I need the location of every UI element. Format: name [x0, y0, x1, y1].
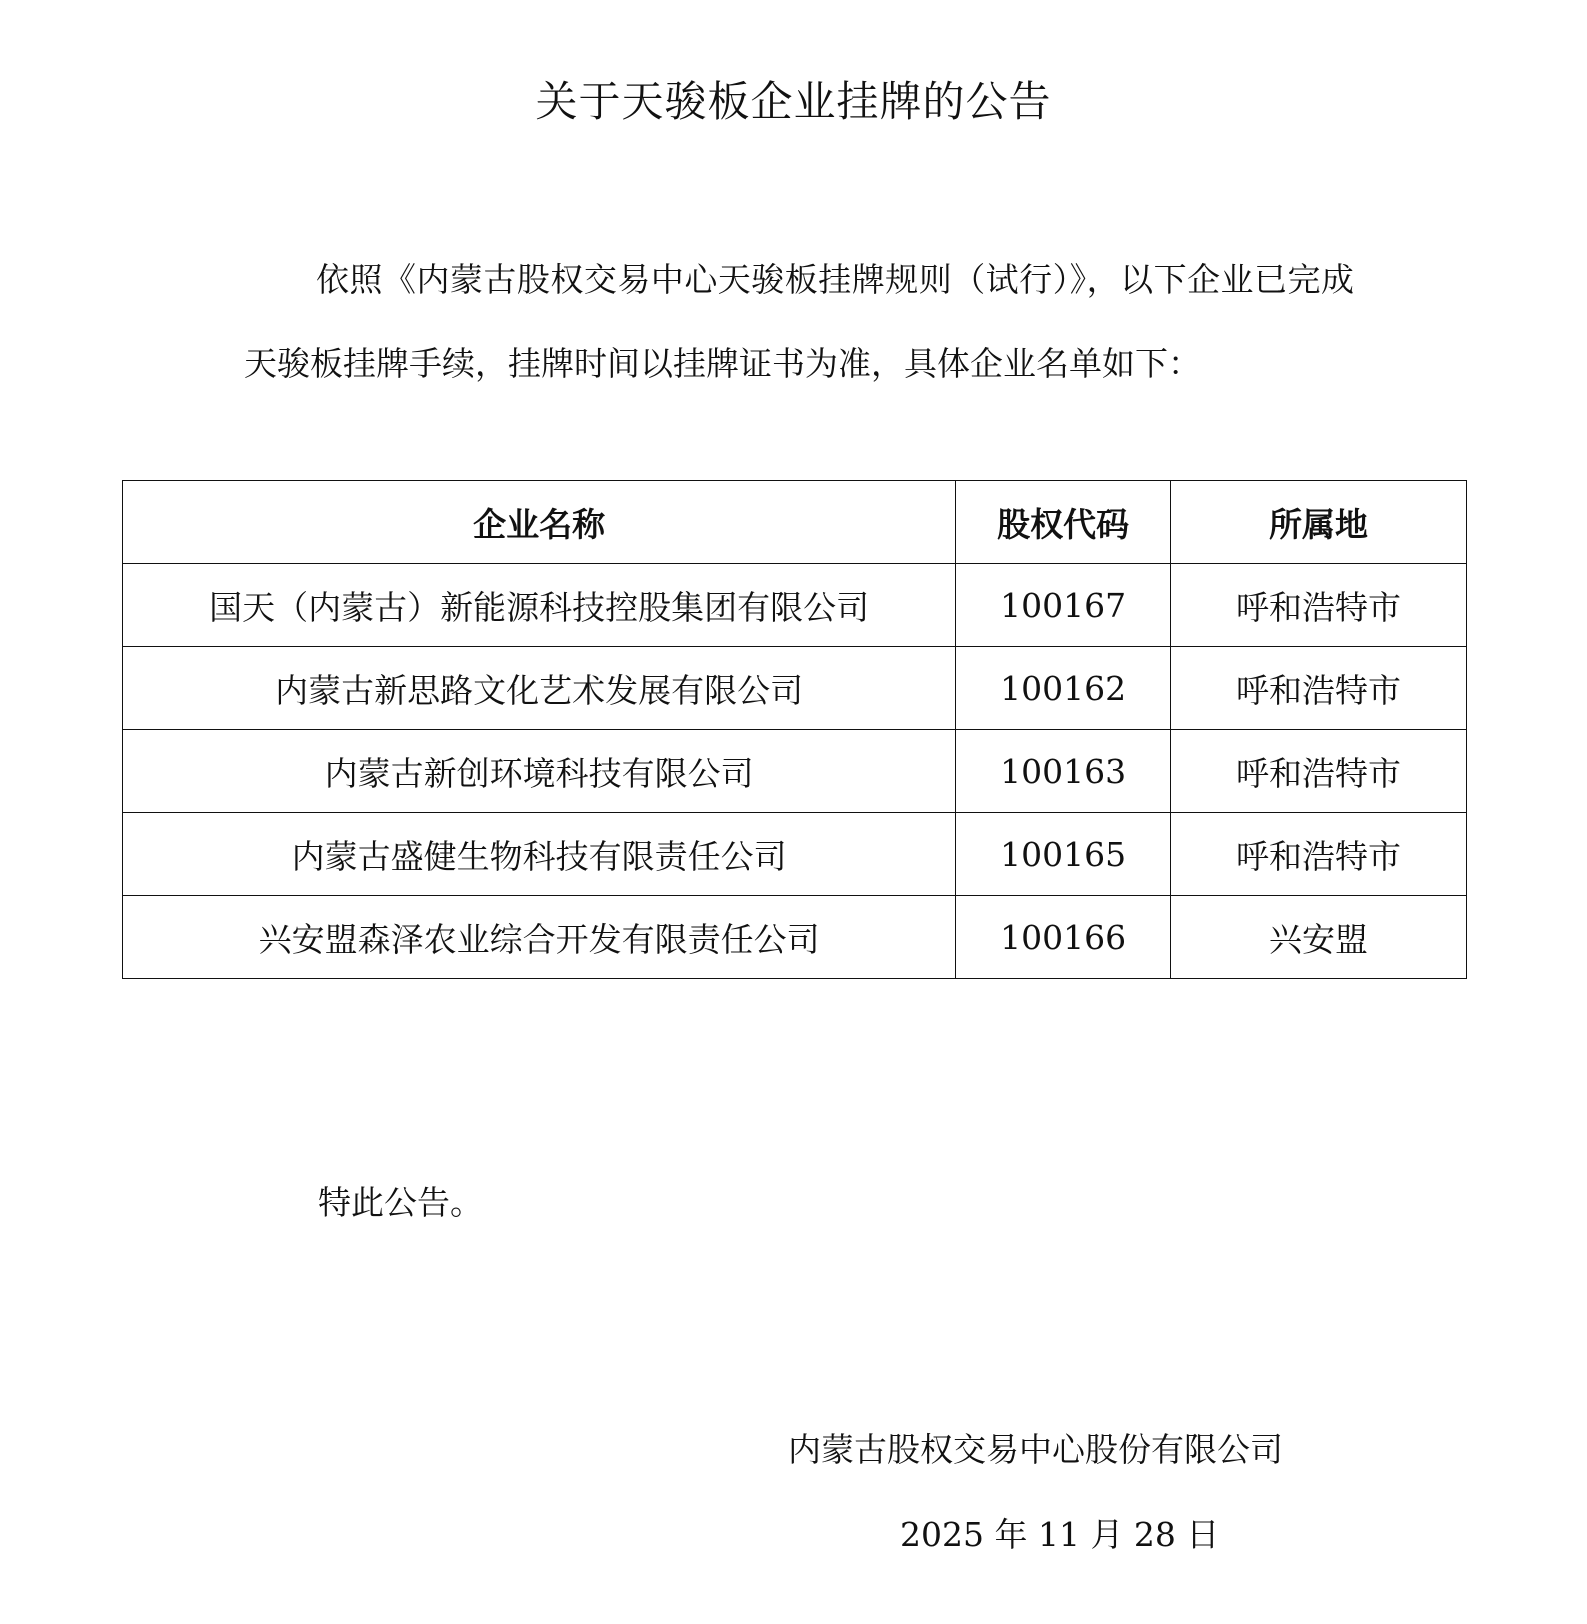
equity-code-cell: 100167	[956, 564, 1171, 647]
table-row: 内蒙古新创环境科技有限公司 100163 呼和浩特市	[123, 730, 1467, 813]
document-title: 关于天骏板企业挂牌的公告	[0, 70, 1587, 134]
issuer-signature: 内蒙古股权交易中心股份有限公司	[788, 1425, 1283, 1475]
table-row: 内蒙古盛健生物科技有限责任公司 100165 呼和浩特市	[123, 813, 1467, 896]
location-cell: 呼和浩特市	[1170, 647, 1466, 730]
header-equity-code: 股权代码	[956, 481, 1171, 564]
header-location: 所属地	[1170, 481, 1466, 564]
company-name-cell: 内蒙古盛健生物科技有限责任公司	[123, 813, 956, 896]
header-company-name: 企业名称	[123, 481, 956, 564]
equity-code-cell: 100162	[956, 647, 1171, 730]
table-row: 兴安盟森泽农业综合开发有限责任公司 100166 兴安盟	[123, 896, 1467, 979]
closing-statement: 特此公告。	[318, 1178, 483, 1228]
equity-code-cell: 100163	[956, 730, 1171, 813]
company-name-cell: 国天（内蒙古）新能源科技控股集团有限公司	[123, 564, 956, 647]
table-row: 国天（内蒙古）新能源科技控股集团有限公司 100167 呼和浩特市	[123, 564, 1467, 647]
body-paragraph: 依照《内蒙古股权交易中心天骏板挂牌规则（试行）》，以下企业已完成天骏板挂牌手续，…	[244, 238, 1354, 406]
company-name-cell: 兴安盟森泽农业综合开发有限责任公司	[123, 896, 956, 979]
equity-code-cell: 100165	[956, 813, 1171, 896]
listed-companies-table: 企业名称 股权代码 所属地 国天（内蒙古）新能源科技控股集团有限公司 10016…	[122, 480, 1467, 979]
location-cell: 呼和浩特市	[1170, 730, 1466, 813]
company-name-cell: 内蒙古新创环境科技有限公司	[123, 730, 956, 813]
company-name-cell: 内蒙古新思路文化艺术发展有限公司	[123, 647, 956, 730]
equity-code-cell: 100166	[956, 896, 1171, 979]
location-cell: 呼和浩特市	[1170, 564, 1466, 647]
location-cell: 呼和浩特市	[1170, 813, 1466, 896]
issue-date: 2025 年 11 月 28 日	[900, 1510, 1219, 1560]
location-cell: 兴安盟	[1170, 896, 1466, 979]
table-row: 内蒙古新思路文化艺术发展有限公司 100162 呼和浩特市	[123, 647, 1467, 730]
table-header-row: 企业名称 股权代码 所属地	[123, 481, 1467, 564]
